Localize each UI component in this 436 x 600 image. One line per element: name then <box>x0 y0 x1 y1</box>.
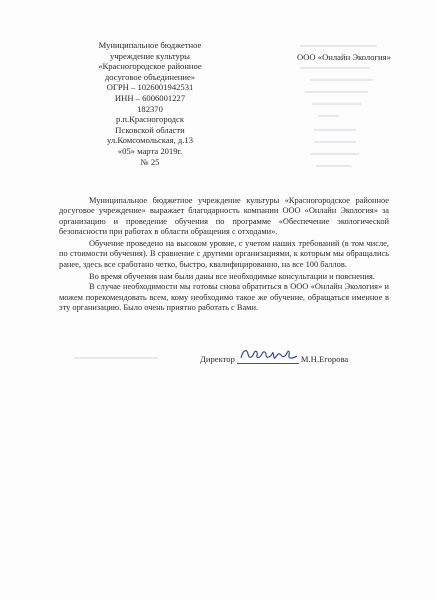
letter-paragraph: В случае необходимости мы готовы снова о… <box>59 282 389 313</box>
sender-region: Псковской области <box>70 125 230 136</box>
signatory-name: М.Н.Егорова <box>301 354 348 364</box>
sender-street: ул.Комсомольская, д.13 <box>70 135 230 146</box>
signatory-title: Директор <box>200 354 235 364</box>
sender-org-line-1: Муниципальное бюджетное <box>70 40 230 51</box>
bleed-through-text: ▬▬▬▬▬▬▬▬▬▬▬▬ <box>74 352 158 362</box>
letter-paragraph: Обучение проведено на высоком уровне, с … <box>59 239 389 270</box>
sender-org-line-3: «Красногородское районное <box>70 61 230 72</box>
bleed-through-text: ▬▬▬▬▬▬▬ <box>312 98 361 108</box>
recipient-name: ООО «Онлайн Экология» <box>297 52 391 62</box>
sender-town: р.п.Красногородск <box>70 114 230 125</box>
sender-ogrn: ОГРН – 1026001942531 <box>70 82 230 93</box>
sender-inn: ИНН – 6006001227 <box>70 93 230 104</box>
bleed-through-text: ▬▬▬▬▬▬▬▬▬▬▬ <box>300 40 377 50</box>
bleed-through-text: ▬▬▬▬▬▬▬▬▬ <box>310 74 373 84</box>
bleed-through-text: ▬▬▬▬▬▬▬ <box>310 148 359 158</box>
letter-number: № 25 <box>70 157 230 168</box>
letter-paragraph: Муниципальное бюджетное учреждение культ… <box>59 196 389 237</box>
bleed-through-text: ▬▬▬ <box>318 110 339 120</box>
letter-body: Муниципальное бюджетное учреждение культ… <box>59 196 389 315</box>
sender-org-line-4: досуговое объединение» <box>70 72 230 83</box>
sender-block: Муниципальное бюджетное учреждение культ… <box>70 40 230 167</box>
letter-paragraph: Во время обучения нам были даны все необ… <box>59 272 389 282</box>
signature-block: Директор М.Н.Егорова <box>200 349 348 364</box>
bleed-through-text: ▬▬▬▬▬▬▬▬▬▬ <box>300 62 370 72</box>
letter-date: «05» марта 2019г. <box>70 146 230 157</box>
document-page: ▬▬▬▬▬▬▬▬▬▬▬ ▬▬▬▬▬▬▬▬▬▬ ▬▬▬▬▬▬▬▬▬ ▬▬▬▬▬▬▬… <box>0 0 436 600</box>
handwritten-signature-icon <box>237 349 299 364</box>
sender-postcode: 182370 <box>70 104 230 115</box>
bleed-through-text: ▬▬▬▬▬▬ <box>314 136 356 146</box>
sender-org-line-2: учреждение культуры <box>70 51 230 62</box>
bleed-through-text: ▬▬▬▬▬▬▬▬▬ <box>305 86 368 96</box>
bleed-through-text: ▬▬▬▬▬▬ <box>314 124 356 134</box>
bleed-through-text: ▬▬▬▬▬ <box>316 160 351 170</box>
